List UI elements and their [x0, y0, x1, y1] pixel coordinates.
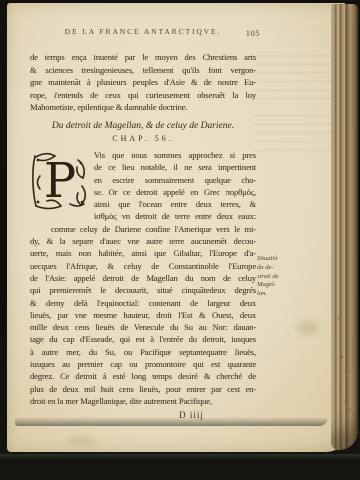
book-fore-edge [331, 4, 358, 450]
text-line: mille deux cens lieuës de Venecule du Su… [30, 321, 256, 333]
text-line: à autre mer, du Su, ou Pacifique septant… [30, 346, 256, 358]
drop-cap-initial-P: P [30, 150, 90, 211]
text-line: Magel- [257, 281, 289, 290]
text-line: lan. [257, 290, 289, 299]
text-line: dy, & la separe d'auec vne autre terre a… [30, 235, 256, 247]
chapter-title: Du detroit de Magellan, & de celuy de Da… [30, 121, 256, 131]
text-line: ainsi que l'ocean entre deux terres, & [94, 198, 256, 210]
text-line: uecques l'Afrique, & celuy de Constantin… [30, 260, 256, 272]
text-line: du de- [257, 264, 289, 273]
text-line: Vis que nous sommes approchez si pres [94, 149, 256, 161]
paper-stain [67, 436, 97, 446]
verso-show-through [253, 115, 337, 155]
text-line: de l'Asie: appelé detroit de Magellan du… [30, 272, 256, 284]
running-title: DE LA FRANCE ANTARCTIQVE. [65, 27, 221, 36]
marginal-note: Situatiõdu de-stroit deMagel-lan. [257, 255, 289, 299]
text-line: en escrire sommairement quelque cho- [94, 174, 256, 186]
chapter-number: CHAP. 56. [30, 134, 256, 143]
page-bottom-shadow [15, 417, 328, 426]
folio-number: 105 [246, 28, 260, 38]
drop-cap-spacer [30, 211, 51, 223]
edge-speckles [348, 408, 350, 410]
paragraph-1: de temps ença inuenté par le moyen des C… [30, 51, 256, 114]
text-line: tage du cap d'Esseade, qui est à l'entré… [30, 333, 256, 345]
text-line: droit en la mer Magellanique, dite autre… [30, 395, 256, 407]
text-block: DE LA FRANCE ANTARCTIQVE. 105 de temps e… [30, 27, 256, 420]
book-page: DE LA FRANCE ANTARCTIQVE. 105 de temps e… [7, 3, 348, 452]
text-line: iusques au premier cap ou promontoire qu… [30, 358, 256, 370]
table-edge [0, 454, 360, 460]
text-line: de temps ença inuenté par le moyen des C… [30, 51, 256, 64]
paragraph-2: P Vis que nous sommes approchez si presd… [30, 149, 256, 407]
scan-background: DE LA FRANCE ANTARCTIQVE. 105 de temps e… [0, 0, 360, 480]
drop-cap-woodcut: P [30, 150, 90, 211]
running-header: DE LA FRANCE ANTARCTIQVE. 105 [30, 27, 256, 40]
text-line: Mahometiste, epilentique & damnable doct… [30, 101, 256, 114]
text-line: gne maintenãt à plusieurs peuples d'Asie… [30, 76, 256, 89]
verso-show-through [255, 55, 333, 103]
text-line: & demy delà l'equinoctial: contenant de … [30, 297, 256, 309]
text-line: qui premieremẽt le decouurit, situé cinq… [30, 284, 256, 296]
text-line: comme celuy de Dariene confine l'Ameriqu… [51, 223, 256, 235]
text-line: plus de deux mil huit cens lieuës, pour … [30, 383, 256, 395]
text-line: rope, i'entends de ceux qui curieusement… [30, 89, 256, 102]
text-line: & sciences tresingenieuses, tellement qu… [30, 64, 256, 77]
text-line: Situatiõ [257, 255, 289, 264]
paper-stain [297, 321, 319, 335]
text-line: se. Or ce detroit appelé en Grec πορθμὸς… [94, 186, 256, 198]
text-line: stroit de [257, 273, 289, 282]
text-line: ἰσθμὸς vn detroit de terre entre deux ea… [94, 210, 256, 222]
text-line: degrez. Ce detroit à esté long temps des… [30, 370, 256, 382]
text-line: uerte, mais non habitée, ainsi que Gibal… [30, 247, 256, 259]
text-line: de ce lieu notable, il ne sera impertine… [94, 161, 256, 173]
drop-cap-letter: P [44, 153, 76, 209]
text-line: lieuës, par vne mesme hauteur, droit l'E… [30, 309, 256, 321]
